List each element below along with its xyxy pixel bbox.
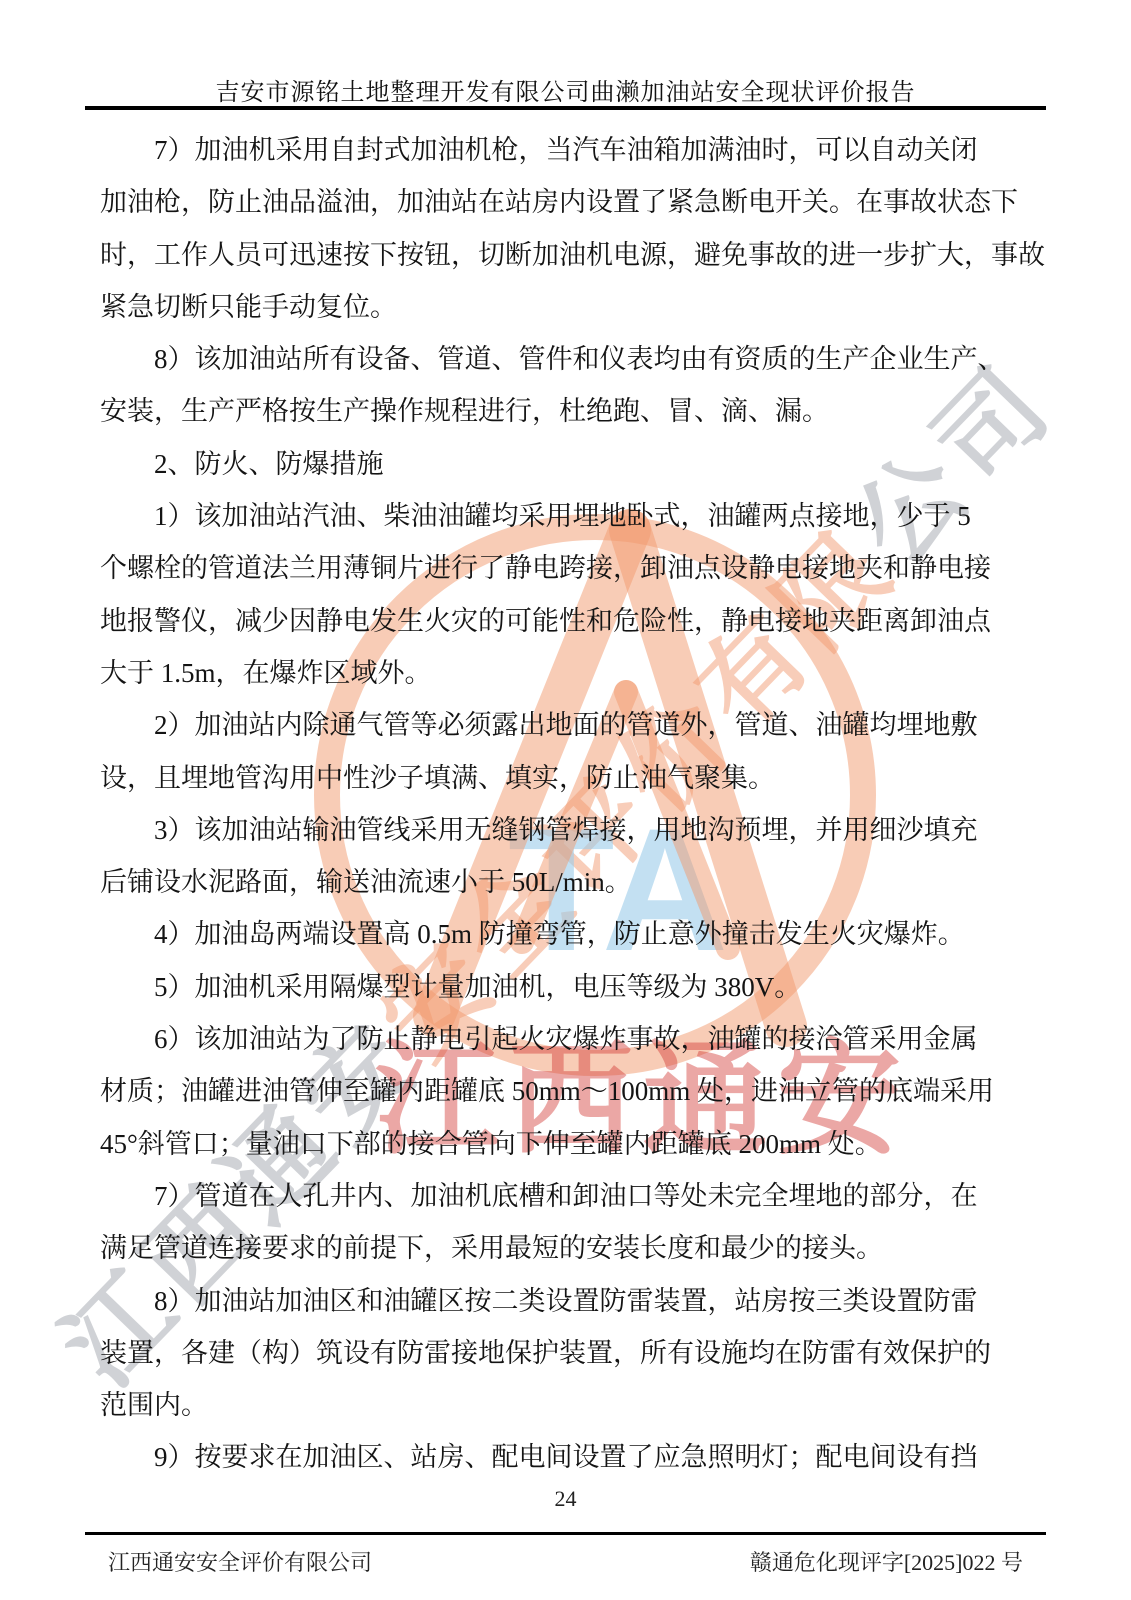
body-line: 8）该加油站所有设备、管道、管件和仪表均由有资质的生产企业生产、 [100, 333, 1034, 385]
body-line: 地报警仪，减少因静电发生火灾的可能性和危险性，静电接地夹距离卸油点 [100, 595, 1034, 647]
body-line: 7）加油机采用自封式加油机枪，当汽车油箱加满油时，可以自动关闭 [100, 124, 1034, 176]
body-line: 个螺栓的管道法兰用薄铜片进行了静电跨接，卸油点设静电接地夹和静电接 [100, 542, 1034, 594]
content-layer: 吉安市源铭土地整理开发有限公司曲濑加油站安全现状评价报告 7）加油机采用自封式加… [0, 0, 1131, 1600]
footer-company-name: 江西通安安全评价有限公司 [108, 1546, 372, 1577]
body-line: 时，工作人员可迅速按下按钮，切断加油机电源，避免事故的进一步扩大，事故 [100, 229, 1034, 281]
document-page: 江西通安安全评价有限公司 TA 江西通安 吉安市源铭土地整理开发有限公司曲濑加油… [0, 0, 1131, 1600]
body-line: 7）管道在人孔井内、加油机底槽和卸油口等处未完全埋地的部分，在 [100, 1170, 1034, 1222]
body-line: 大于 1.5m，在爆炸区域外。 [100, 647, 1034, 699]
body-line: 范围内。 [100, 1379, 1034, 1431]
body-line: 装置，各建（构）筑设有防雷接地保护装置，所有设施均在防雷有效保护的 [100, 1327, 1034, 1379]
body-line: 满足管道连接要求的前提下，采用最短的安装长度和最少的接头。 [100, 1222, 1034, 1274]
page-header-title: 吉安市源铭土地整理开发有限公司曲濑加油站安全现状评价报告 [0, 72, 1131, 107]
page-number: 24 [0, 1486, 1131, 1512]
body-text: 7）加油机采用自封式加油机枪，当汽车油箱加满油时，可以自动关闭加油枪，防止油品溢… [100, 124, 1034, 1484]
body-line: 设，且埋地管沟用中性沙子填满、填实，防止油气聚集。 [100, 752, 1034, 804]
body-line: 2、防火、防爆措施 [100, 438, 1034, 490]
body-line: 后铺设水泥路面，输送油流速小于 50L/min。 [100, 856, 1034, 908]
body-line: 加油枪，防止油品溢油，加油站在站房内设置了紧急断电开关。在事故状态下 [100, 176, 1034, 228]
body-line: 紧急切断只能手动复位。 [100, 281, 1034, 333]
body-line: 9）按要求在加油区、站房、配电间设置了应急照明灯；配电间设有挡 [100, 1431, 1034, 1483]
body-line: 3）该加油站输油管线采用无缝钢管焊接，用地沟预埋，并用细沙填充 [100, 804, 1034, 856]
body-line: 安装，生产严格按生产操作规程进行，杜绝跑、冒、滴、漏。 [100, 385, 1034, 437]
footer-document-number: 赣通危化现评字[2025]022 号 [750, 1546, 1023, 1577]
header-rule [85, 106, 1046, 110]
body-line: 8）加油站加油区和油罐区按二类设置防雷装置，站房按三类设置防雷 [100, 1275, 1034, 1327]
body-line: 6）该加油站为了防止静电引起火灾爆炸事故，油罐的接洽管采用金属 [100, 1013, 1034, 1065]
body-line: 材质；油罐进油管伸至罐内距罐底 50mm～100mm 处，进油立管的底端采用 [100, 1065, 1034, 1117]
body-line: 45°斜管口；量油口下部的接合管向下伸至罐内距罐底 200mm 处。 [100, 1118, 1034, 1170]
footer-rule [85, 1532, 1046, 1535]
body-line: 4）加油岛两端设置高 0.5m 防撞弯管，防止意外撞击发生火灾爆炸。 [100, 908, 1034, 960]
body-line: 1）该加油站汽油、柴油油罐均采用埋地卧式，油罐两点接地，少于 5 [100, 490, 1034, 542]
body-line: 5）加油机采用隔爆型计量加油机，电压等级为 380V。 [100, 961, 1034, 1013]
body-line: 2）加油站内除通气管等必须露出地面的管道外，管道、油罐均埋地敷 [100, 699, 1034, 751]
